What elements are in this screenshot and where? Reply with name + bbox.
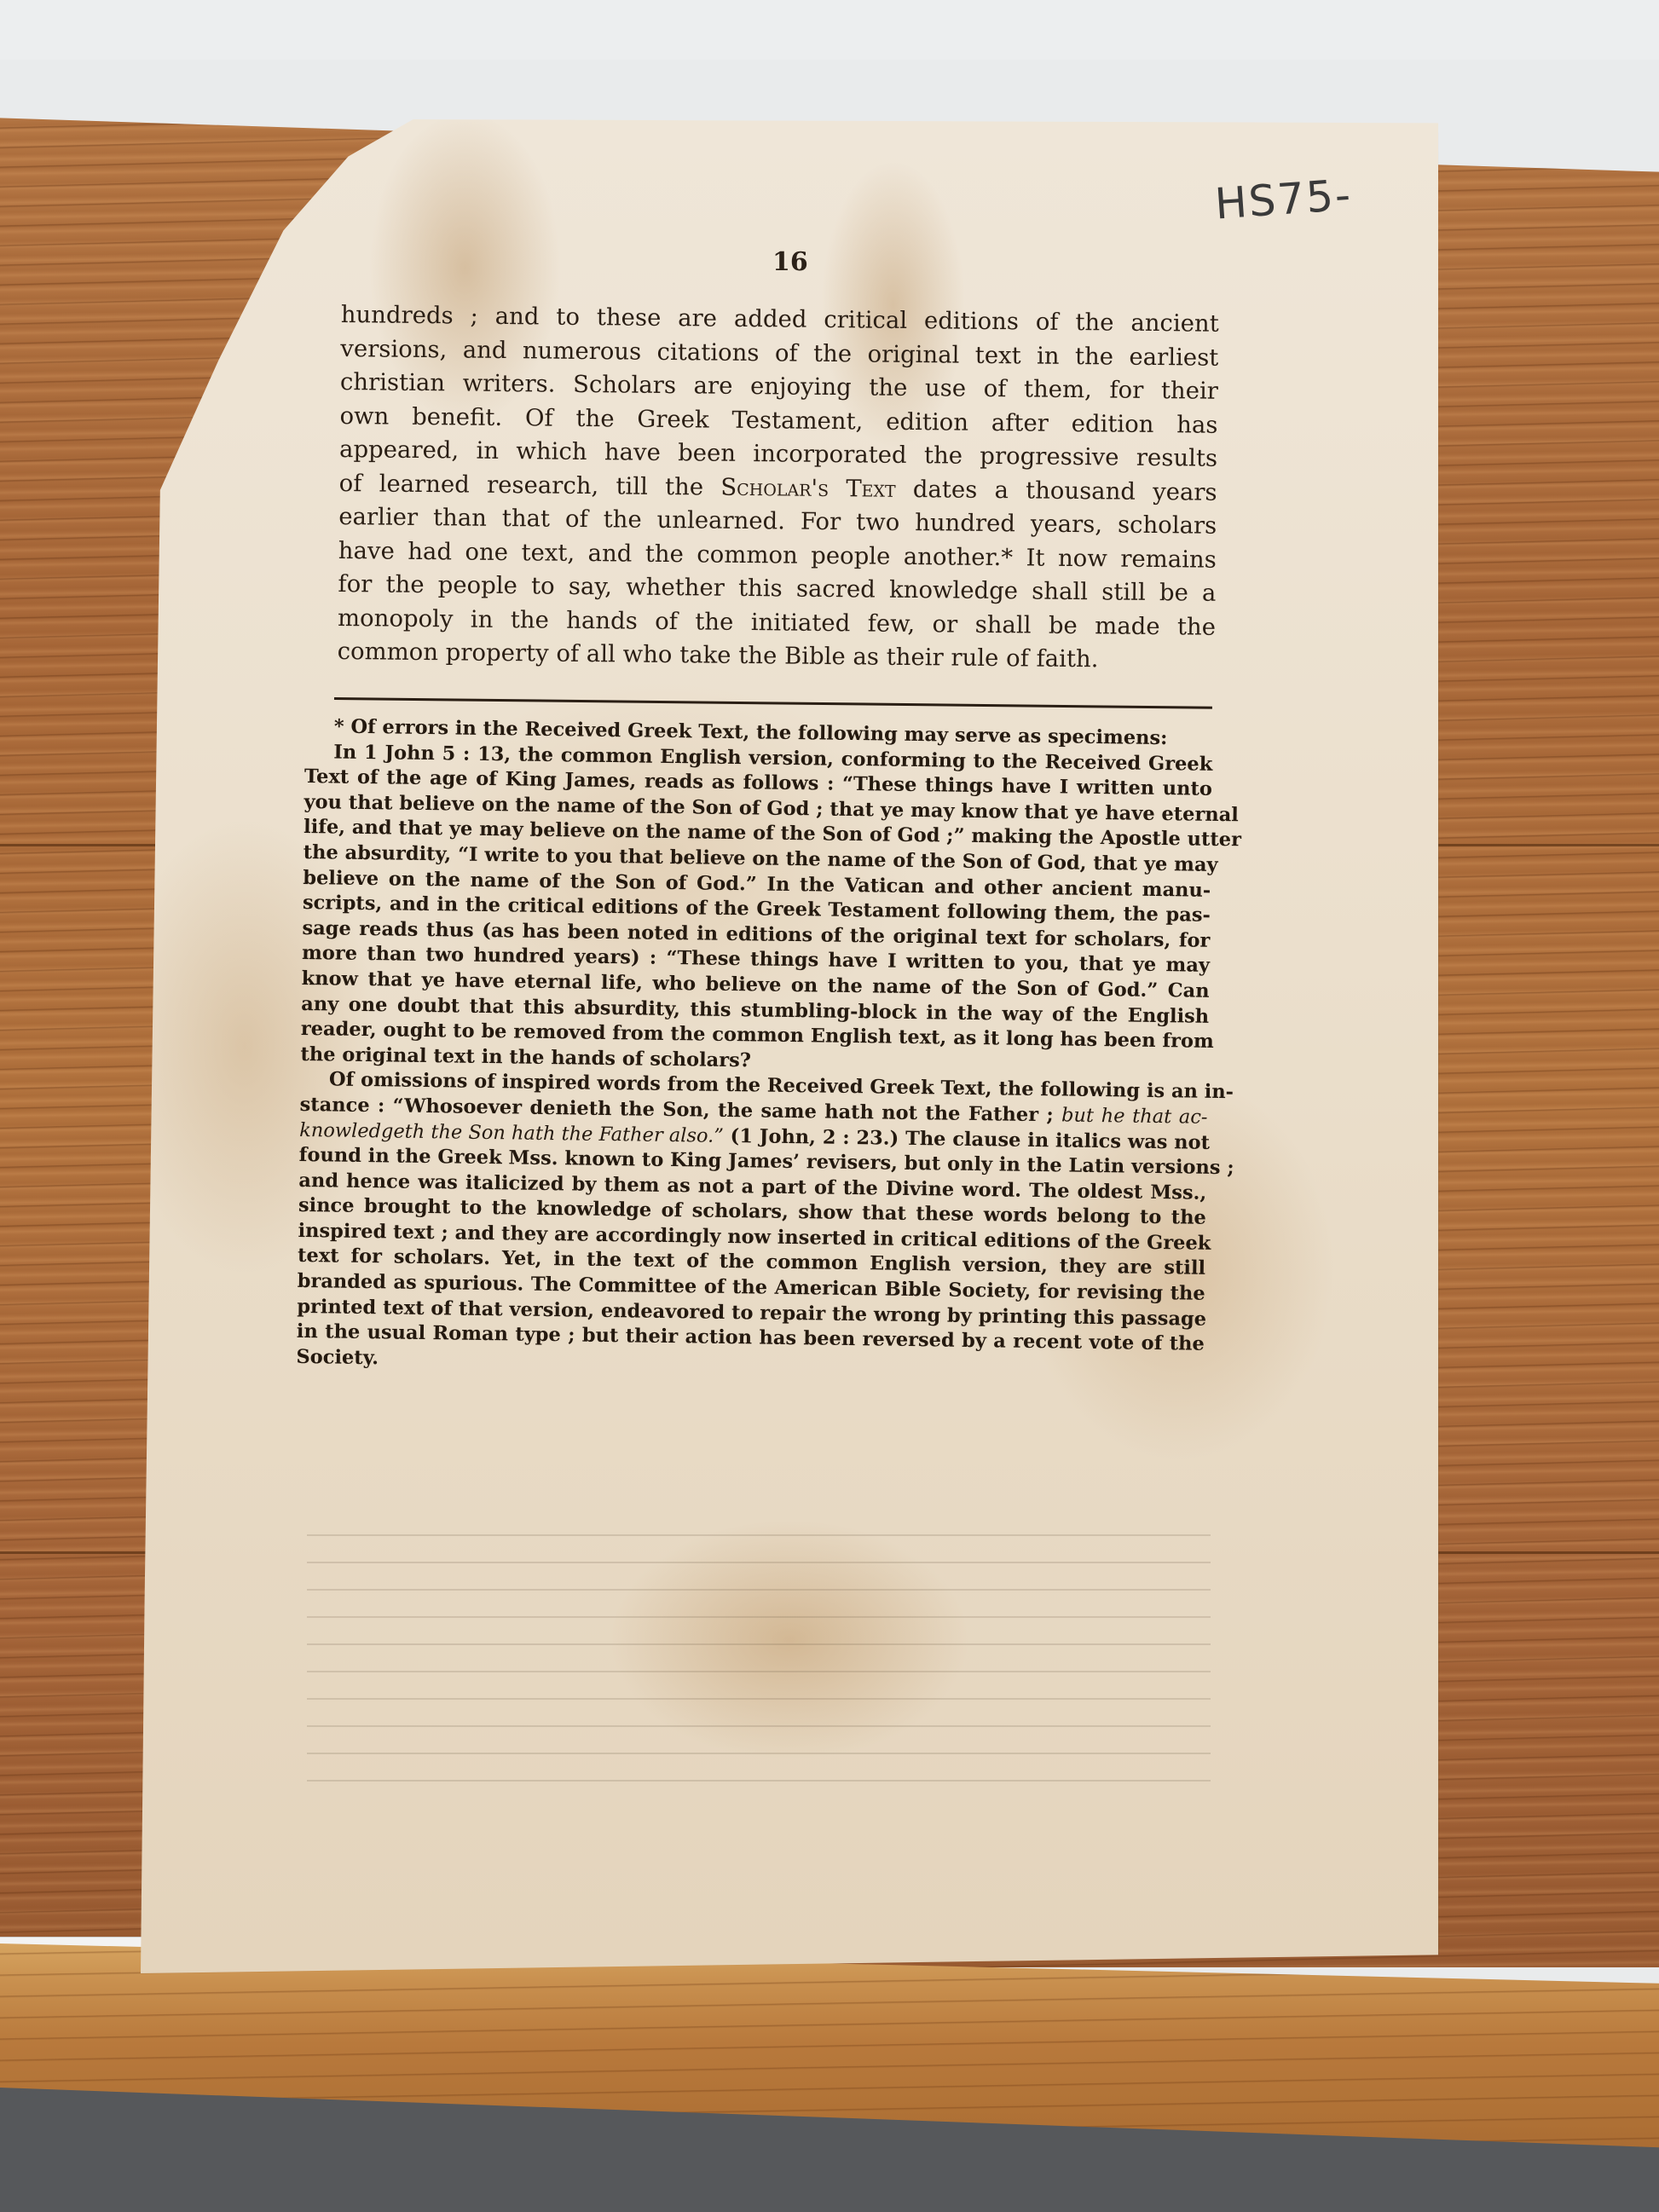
footnote-italic: but he that ac-	[1061, 1104, 1208, 1128]
body-text: hundreds ; and to these are added critic…	[337, 298, 1218, 678]
footnote-italic: knowledgeth the Son hath the Father also…	[299, 1118, 724, 1146]
background-wall	[0, 0, 1659, 60]
page-number: 16	[772, 247, 808, 277]
show-through-text	[307, 1534, 1211, 1858]
footnote-marker: *	[334, 715, 344, 737]
handwritten-note: HS75-	[1213, 170, 1354, 228]
body-line-head: of learned research, till the	[339, 469, 721, 500]
body-line-tail: dates a thousand years	[896, 475, 1217, 505]
scholars-text-smallcaps: Scholar's Text	[720, 473, 896, 502]
footnote: * Of errors in the Received Greek Text, …	[296, 714, 1213, 1383]
